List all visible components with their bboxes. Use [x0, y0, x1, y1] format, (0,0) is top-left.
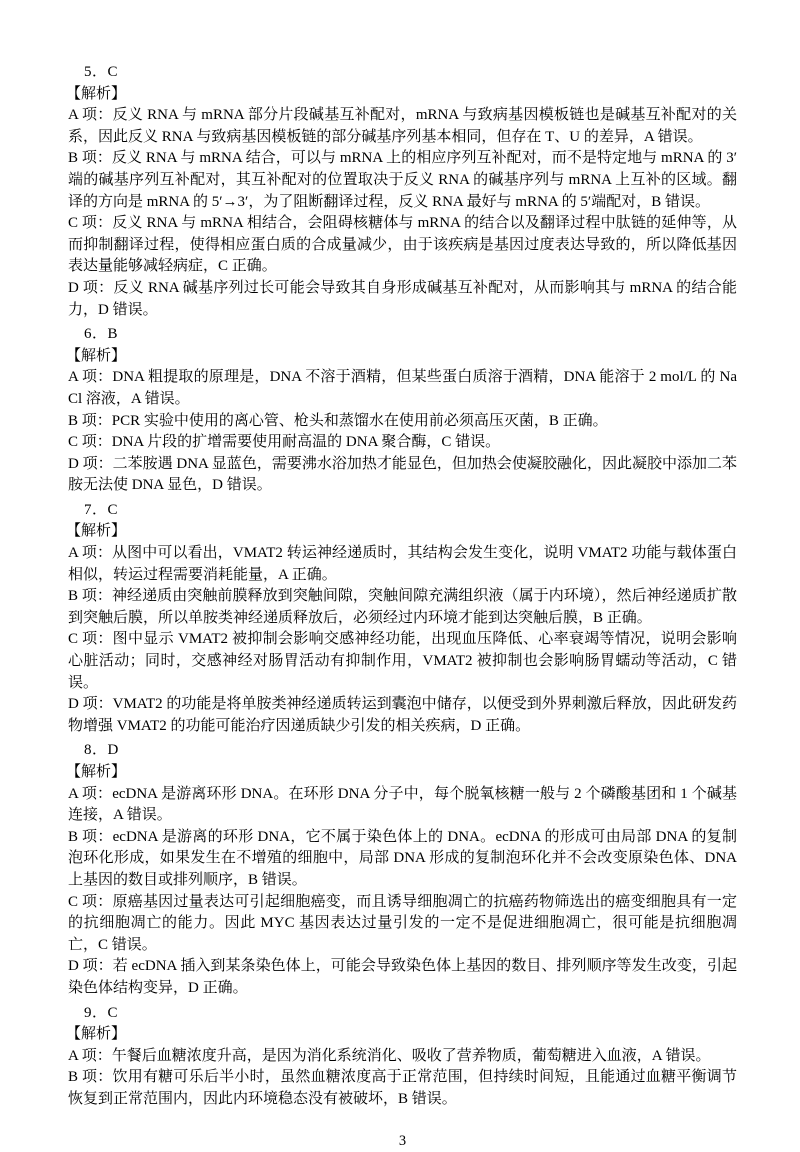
question-7-block: 7．C 【解析】 A 项：从图中可以看出，VMAT2 转运神经递质时，其结构会发… — [68, 500, 737, 738]
question-9-option-b-analysis: B 项：饮用有糖可乐后半小时，虽然血糖浓度高于正常范围，但持续时间短，且能通过血… — [68, 1067, 737, 1110]
question-7-option-d-analysis: D 项：VMAT2 的功能是将单胺类神经递质转运到囊泡中储存，以便受到外界刺激后… — [68, 694, 737, 737]
question-6-option-c-analysis: C 项：DNA 片段的扩增需要使用耐高温的 DNA 聚合酶，C 错误。 — [68, 432, 737, 454]
question-6-option-b-analysis: B 项：PCR 实验中使用的离心管、枪头和蒸馏水在使用前必须高压灭菌，B 正确。 — [68, 411, 737, 433]
question-5-option-a-analysis: A 项：反义 RNA 与 mRNA 部分片段碱基互补配对，mRNA 与致病基因模… — [68, 105, 737, 148]
question-7-option-a-analysis: A 项：从图中可以看出，VMAT2 转运神经递质时，其结构会发生变化，说明 VM… — [68, 543, 737, 586]
question-8-block: 8．D 【解析】 A 项：ecDNA 是游离环形 DNA。在环形 DNA 分子中… — [68, 740, 737, 999]
question-6-option-a-analysis: A 项：DNA 粗提取的原理是，DNA 不溶于酒精，但某些蛋白质溶于酒精，DNA… — [68, 367, 737, 410]
question-7-option-c-analysis: C 项：图中显示 VMAT2 被抑制会影响交感神经功能，出现血压降低、心率衰竭等… — [68, 629, 737, 694]
question-9-option-a-analysis: A 项：午餐后血糖浓度升高，是因为消化系统消化、吸收了营养物质，葡萄糖进入血液，… — [68, 1046, 737, 1068]
question-9-analysis-label: 【解析】 — [66, 1024, 737, 1046]
question-8-analysis-label: 【解析】 — [66, 762, 737, 784]
question-5-option-c-analysis: C 项：反义 RNA 与 mRNA 相结合，会阻碍核糖体与 mRNA 的结合以及… — [68, 213, 737, 278]
question-8-option-c-analysis: C 项：原癌基因过量表达可引起细胞癌变，而且诱导细胞凋亡的抗癌药物筛选出的癌变细… — [68, 892, 737, 957]
question-9-block: 9．C 【解析】 A 项：午餐后血糖浓度升高，是因为消化系统消化、吸收了营养物质… — [68, 1003, 737, 1111]
question-8-answer: 8．D — [68, 740, 737, 762]
question-5-option-b-analysis: B 项：反义 RNA 与 mRNA 结合，可以与 mRNA 上的相应序列互补配对… — [68, 148, 737, 213]
question-6-option-d-analysis: D 项：二苯胺遇 DNA 显蓝色，需要沸水浴加热才能显色，但加热会使凝胶融化，因… — [68, 454, 737, 497]
question-6-answer: 6．B — [68, 324, 737, 346]
page-number: 3 — [68, 1131, 737, 1152]
question-5-block: 5．C 【解析】 A 项：反义 RNA 与 mRNA 部分片段碱基互补配对，mR… — [68, 62, 737, 321]
document-page: 5．C 【解析】 A 项：反义 RNA 与 mRNA 部分片段碱基互补配对，mR… — [0, 0, 800, 1131]
question-5-option-d-analysis: D 项：反义 RNA 碱基序列过长可能会导致其自身形成碱基互补配对，从而影响其与… — [68, 278, 737, 321]
question-9-answer: 9．C — [68, 1003, 737, 1025]
question-5-answer: 5．C — [68, 62, 737, 84]
question-6-analysis-label: 【解析】 — [66, 346, 737, 368]
question-5-analysis-label: 【解析】 — [66, 84, 737, 106]
question-8-option-b-analysis: B 项：ecDNA 是游离的环形 DNA，它不属于染色体上的 DNA。ecDNA… — [68, 827, 737, 892]
question-7-option-b-analysis: B 项：神经递质由突触前膜释放到突触间隙，突触间隙充满组织液（属于内环境），然后… — [68, 586, 737, 629]
question-8-option-d-analysis: D 项：若 ecDNA 插入到某条染色体上，可能会导致染色体上基因的数目、排列顺… — [68, 956, 737, 999]
question-8-option-a-analysis: A 项：ecDNA 是游离环形 DNA。在环形 DNA 分子中，每个脱氧核糖一般… — [68, 784, 737, 827]
question-7-answer: 7．C — [68, 500, 737, 522]
question-7-analysis-label: 【解析】 — [66, 521, 737, 543]
question-6-block: 6．B 【解析】 A 项：DNA 粗提取的原理是，DNA 不溶于酒精，但某些蛋白… — [68, 324, 737, 497]
